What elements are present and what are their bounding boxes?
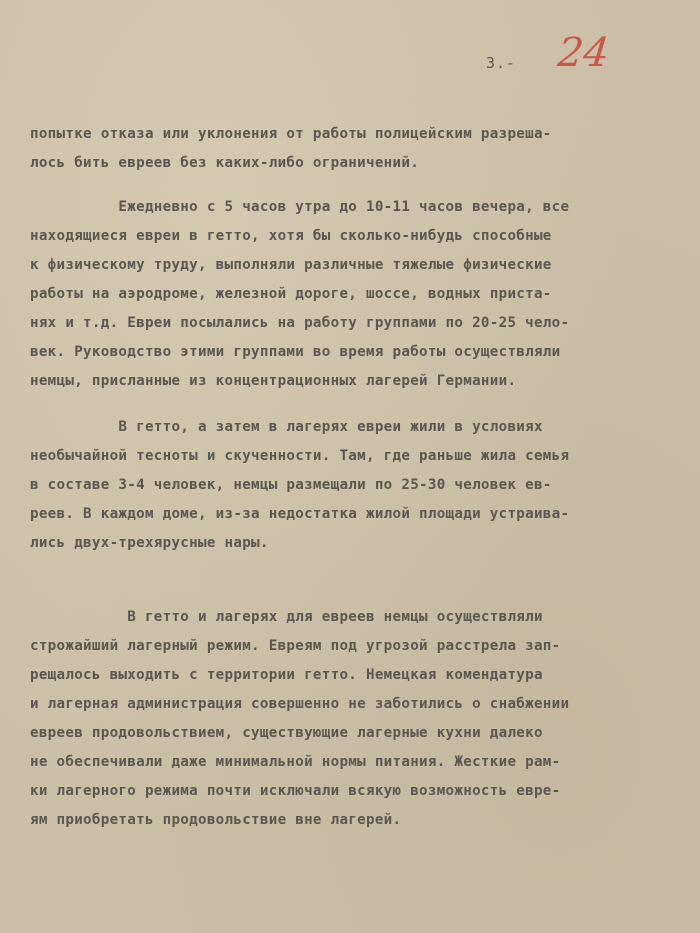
handwritten-archive-number: 24 [556, 30, 612, 76]
text-line: реев. В каждом доме, из-за недостатка жи… [30, 500, 690, 529]
text-line: ям приобретать продовольствие вне лагере… [30, 806, 690, 835]
text-line: В гетто и лагерях для евреев немцы осуще… [30, 603, 690, 632]
text-line: нях и т.д. Евреи посылались на работу гр… [30, 309, 690, 338]
text-line: лось бить евреев без каких-либо ограниче… [30, 149, 690, 178]
text-line: и лагерная администрация совершенно не з… [30, 690, 690, 719]
text-line: к физическому труду, выполняли различные… [30, 251, 690, 280]
text-line: попытке отказа или уклонения от работы п… [30, 120, 690, 149]
text-line: ки лагерного режима почти исключали всяк… [30, 777, 690, 806]
paragraph-1: попытке отказа или уклонения от работы п… [30, 120, 690, 178]
text-line: работы на аэродроме, железной дороге, шо… [30, 280, 690, 309]
text-line: рещалось выходить с территории гетто. Не… [30, 661, 690, 690]
text-line: находящиеся евреи в гетто, хотя бы сколь… [30, 222, 690, 251]
page-number: 3.- [486, 54, 516, 72]
text-line: век. Руководство этими группами во время… [30, 338, 690, 367]
text-line: необычайной тесноты и скученности. Там, … [30, 442, 690, 471]
text-line: В гетто, а затем в лагерях евреи жили в … [30, 413, 690, 442]
document-body: попытке отказа или уклонения от работы п… [30, 120, 690, 835]
text-line: строжайший лагерный режим. Евреям под уг… [30, 632, 690, 661]
text-line: немцы, присланные из концентрационных ла… [30, 367, 690, 396]
text-line: в составе 3-4 человек, немцы размещали п… [30, 471, 690, 500]
paragraph-3: В гетто, а затем в лагерях евреи жили в … [30, 413, 690, 558]
paragraph-4: В гетто и лагерях для евреев немцы осуще… [30, 603, 690, 835]
text-line: Ежедневно с 5 часов утра до 10-11 часов … [30, 193, 690, 222]
text-line: не обеспечивали даже минимальной нормы п… [30, 748, 690, 777]
document-page: 3.- 24 попытке отказа или уклонения от р… [0, 0, 700, 933]
text-line: лись двух-трехярусные нары. [30, 529, 690, 558]
paragraph-2: Ежедневно с 5 часов утра до 10-11 часов … [30, 193, 690, 396]
text-line: евреев продовольствием, существующие лаг… [30, 719, 690, 748]
